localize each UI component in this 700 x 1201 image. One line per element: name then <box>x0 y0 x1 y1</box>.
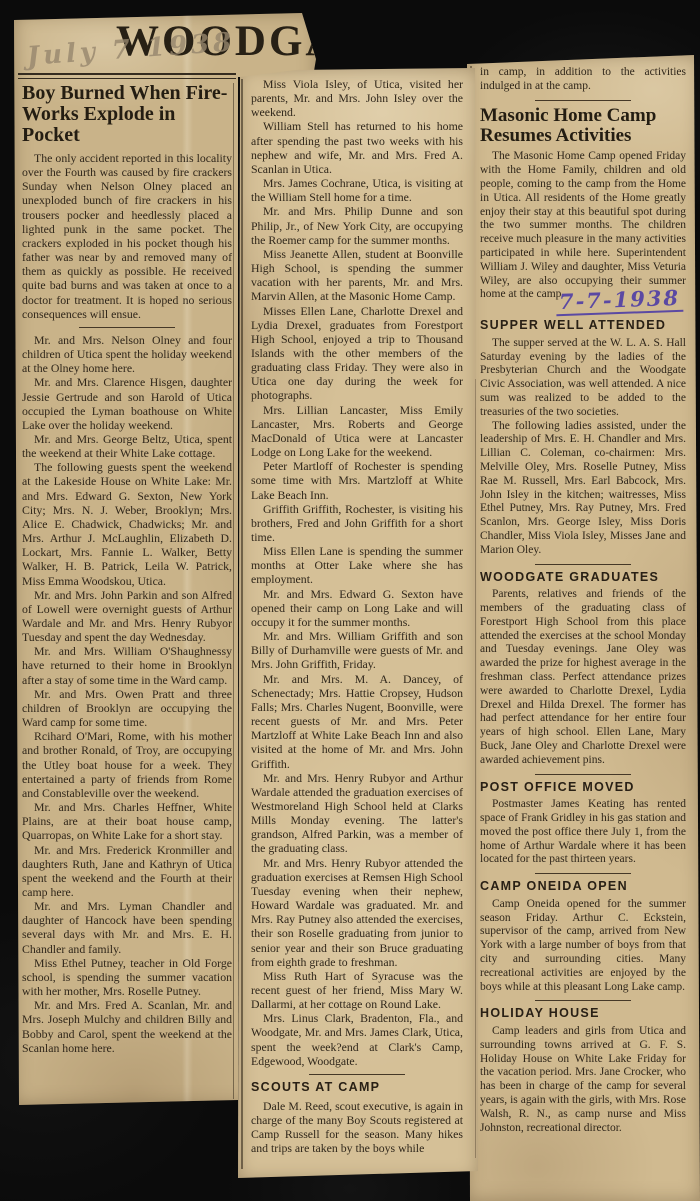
article-paragraph: Miss Ethel Putney, teacher in Old Forge … <box>22 956 232 998</box>
article-paragraph: Parents, relatives and friends of the me… <box>480 588 686 767</box>
section-heading: HOLIDAY HOUSE <box>480 1006 686 1022</box>
article-paragraph: The supper served at the W. L. A. S. Hal… <box>480 337 686 420</box>
article-paragraph: Mr. and Mrs. Frederick Kronmiller and da… <box>22 843 232 900</box>
article-paragraph: Miss Viola Isley, of Utica, visited her … <box>251 77 463 119</box>
article-paragraph: Mr. and Mrs. Owen Pratt and three childr… <box>22 687 232 729</box>
divider-rule <box>535 564 631 565</box>
section-heading: SUPPER WELL ATTENDED <box>480 318 686 334</box>
article-paragraph: The following guests spent the weekend a… <box>22 460 232 587</box>
newspaper-clipping-middle: Miss Viola Isley, of Utica, visited her … <box>238 68 478 1180</box>
article-paragraph: Postmaster James Keating has rented spac… <box>480 798 686 867</box>
article-paragraph: Mr. and Mrs. William Griffith and son Bi… <box>251 629 463 671</box>
masthead-double-rule <box>18 73 236 79</box>
article-paragraph: Dale M. Reed, scout executive, is again … <box>251 1099 463 1156</box>
article-paragraph: Miss Ruth Hart of Syracuse was the recen… <box>251 969 463 1011</box>
section-heading: SCOUTS AT CAMP <box>251 1080 463 1096</box>
article-paragraph: Griffith Griffith, Rochester, is visitin… <box>251 502 463 544</box>
article-paragraph: Mr. and Mrs. Charles Heffner, White Plai… <box>22 800 232 842</box>
article-paragraph: Mr. and Mrs. Edward G. Sexton have opene… <box>251 587 463 629</box>
article-paragraph: Mr. and Mrs. John Parkin and son Alfred … <box>22 588 232 645</box>
handwritten-date-ink: 7-7-1938 <box>556 287 684 316</box>
divider-rule <box>309 1074 405 1075</box>
article-paragraph: Rcihard O'Mari, Rome, with his mother an… <box>22 729 232 800</box>
divider-rule <box>535 100 631 101</box>
article-paragraph-continuation: in camp, in addition to the activities i… <box>480 66 686 94</box>
article-paragraph: Peter Martloff of Rochester is spending … <box>251 459 463 501</box>
article-paragraph: Misses Ellen Lane, Charlotte Drexel and … <box>251 304 463 403</box>
article-paragraph: Camp Oneida opened for the summer season… <box>480 898 686 995</box>
section-heading: CAMP ONEIDA OPEN <box>480 879 686 895</box>
article-paragraph: Miss Jeanette Allen, student at Boonvill… <box>251 247 463 304</box>
divider-rule <box>79 327 175 328</box>
article-headline: Masonic Home Camp Resumes Activities <box>480 106 686 146</box>
article-paragraph: Miss Ellen Lane is spending the summer m… <box>251 544 463 586</box>
article-paragraph: Mr. and Mrs. William O'Shaughnessy have … <box>22 644 232 686</box>
divider-rule <box>535 873 631 874</box>
right-column-body: in camp, in addition to the activities i… <box>480 66 686 1135</box>
article-paragraph: Mr. and Mrs. Henry Rubyor and Arthur War… <box>251 771 463 856</box>
middle-column-body: Miss Viola Isley, of Utica, visited her … <box>251 77 463 1155</box>
left-column-body: Boy Burned When Fire-Works Explode in Po… <box>22 83 232 1055</box>
article-paragraph: The only accident reported in this local… <box>22 151 232 321</box>
article-paragraph: Mrs. James Cochrane, Utica, is visiting … <box>251 176 463 204</box>
article-headline: Boy Burned When Fire-Works Explode in Po… <box>22 83 232 146</box>
section-heading: POST OFFICE MOVED <box>480 780 686 796</box>
scanned-newspaper-page: WOODGA July 7 1938 Boy Burned When Fire-… <box>0 0 700 1201</box>
article-paragraph: Camp leaders and girls from Utica and su… <box>480 1025 686 1135</box>
article-paragraph: Mrs. Linus Clark, Bradenton, Fla., and W… <box>251 1011 463 1068</box>
article-paragraph: William Stell has returned to his home a… <box>251 119 463 176</box>
divider-rule <box>535 1000 631 1001</box>
newspaper-clipping-right: in camp, in addition to the activities i… <box>467 55 700 1201</box>
article-paragraph: Mr. and Mrs. Lyman Chandler and daughter… <box>22 899 232 956</box>
article-paragraph: Mr. and Mrs. Clarence Hisgen, daughter J… <box>22 375 232 432</box>
article-paragraph: Mr. and Mrs. George Beltz, Utica, spent … <box>22 432 232 460</box>
divider-rule <box>535 774 631 775</box>
article-paragraph: Mrs. Lillian Lancaster, Miss Emily Lanca… <box>251 403 463 460</box>
section-heading: WOODGATE GRADUATES <box>480 570 686 586</box>
article-paragraph: Mr. and Mrs. Philip Dunne and son Philip… <box>251 204 463 246</box>
article-paragraph: Mr. and Mrs. Nelson Olney and four child… <box>22 333 232 375</box>
article-paragraph: Mr. and Mrs. M. A. Dancey, of Schenectad… <box>251 672 463 771</box>
article-paragraph: The following ladies assisted, under the… <box>480 420 686 558</box>
article-paragraph: Mr. and Mrs. Fred A. Scanlan, Mr. and Mr… <box>22 998 232 1055</box>
article-paragraph: The Masonic Home Camp opened Friday with… <box>480 150 686 302</box>
article-paragraph: Mr. and Mrs. Henry Rubyor attended the g… <box>251 856 463 969</box>
